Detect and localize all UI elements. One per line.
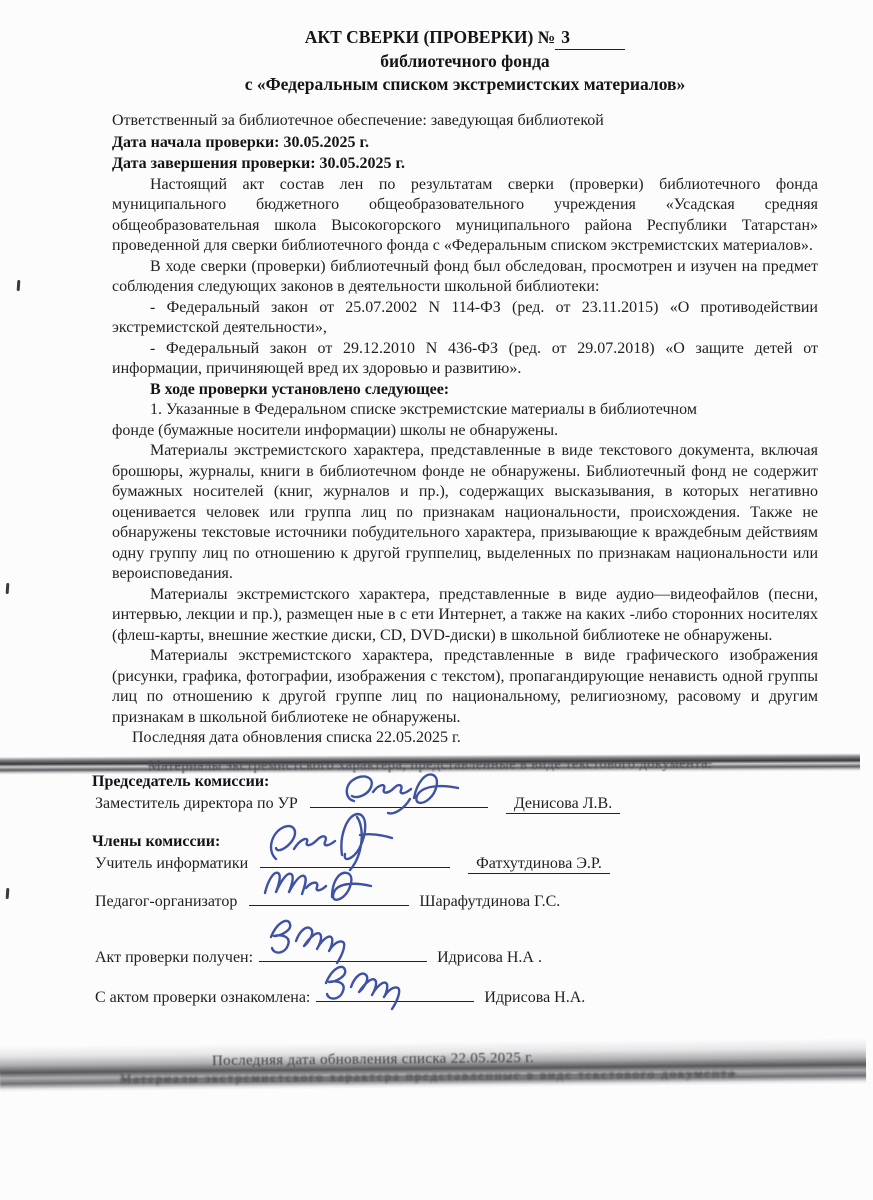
paragraph-text-materials: Материалы экстремистского характера, пре… xyxy=(112,441,818,585)
chair-signature-ink xyxy=(340,769,468,817)
signature-line-member-1 xyxy=(260,867,450,868)
scan-artifact-tick-3 xyxy=(6,888,10,899)
date-end-line: Дата завершения проверки: 30.05.2025 г. xyxy=(112,153,818,175)
document-title: АКТ СВЕРКИ (ПРОВЕРКИ) №3 библиотечного ф… xyxy=(112,26,818,96)
title-prefix: АКТ СВЕРКИ (ПРОВЕРКИ) № xyxy=(305,27,556,47)
member2-name: Шарафутдинова Г.С. xyxy=(413,893,560,910)
member1-role-label: Учитель информатики xyxy=(95,855,248,872)
signature-row-member-1: Учитель информатики Фатхутдинова Э.Р. xyxy=(95,854,610,875)
paragraph-audio-video: Материалы экстремистского характера, пре… xyxy=(112,585,818,647)
member1-signature-ink xyxy=(264,809,406,875)
paragraph-finding-1: 1. Указанные в Федеральном списке экстре… xyxy=(112,400,818,441)
document-content: АКТ СВЕРКИ (ПРОВЕРКИ) №3 библиотечного ф… xyxy=(112,26,818,749)
member1-name: Фатхутдинова Э.Р. xyxy=(468,855,610,874)
title-subtitle-1: библиотечного фонда xyxy=(380,51,549,71)
last-update-line: Последняя дата обновления списка 22.05.2… xyxy=(112,728,818,749)
responsible-line: Ответственный за библиотечное обеспечени… xyxy=(112,110,818,132)
signature-line-acknowledged xyxy=(316,1001,474,1002)
members-heading: Члены комиссии: xyxy=(92,832,220,853)
paragraph-law-114: - Федеральный закон от 25.07.2002 N 114-… xyxy=(112,298,818,339)
paragraph-law-436: - Федеральный закон от 29.12.2010 N 436-… xyxy=(112,339,818,380)
received-name: Идрисова Н.А . xyxy=(431,949,542,966)
scanned-document-page: АКТ СВЕРКИ (ПРОВЕРКИ) №3 библиотечного ф… xyxy=(0,0,873,1200)
signature-line-chair xyxy=(310,807,488,808)
scan-artifact-tick-1 xyxy=(17,280,21,291)
received-signature-ink xyxy=(261,911,387,967)
signature-line-received xyxy=(259,961,427,962)
date-start-line: Дата начала проверки: 30.05.2025 г. xyxy=(112,132,818,154)
chair-role-label: Заместитель директора по УР xyxy=(95,795,298,812)
paragraph-graphic: Материалы экстремистского характера, пре… xyxy=(112,646,818,728)
signature-row-chair: Заместитель директора по УР Денисова Л.В… xyxy=(95,794,620,815)
meta-block: Ответственный за библиотечное обеспечени… xyxy=(112,110,818,175)
received-label: Акт проверки получен: xyxy=(95,949,253,966)
acknowledged-name: Идрисова Н.А. xyxy=(478,989,585,1006)
findings-heading: В ходе проверки установлено следующее: xyxy=(112,380,818,401)
signature-row-member-2: Педагог-организатор Шарафутдинова Г.С. xyxy=(95,892,560,913)
signature-line-member-2 xyxy=(249,905,409,906)
scan-artifact-tick-2 xyxy=(6,583,10,594)
scan-smudge-band-bottom: Последняя дата обновления списка 22.05.2… xyxy=(0,1038,866,1092)
signature-row-acknowledged: С актом проверки ознакомлена: Идрисова Н… xyxy=(95,988,585,1009)
title-subtitle-2: с «Федеральным списком экстремистских ма… xyxy=(245,74,686,94)
chair-heading: Председатель комиссии: xyxy=(92,772,269,793)
paragraph-intro: Настоящий акт состав лен по результатам … xyxy=(112,175,818,257)
act-number: 3 xyxy=(555,26,625,50)
member2-role-label: Педагог-организатор xyxy=(95,893,237,910)
chair-name: Денисова Л.В. xyxy=(506,795,620,814)
paragraph-inspection: В ходе сверки (проверки) библиотечный фо… xyxy=(112,257,818,298)
signature-row-received: Акт проверки получен: Идрисова Н.А . xyxy=(95,948,542,969)
acknowledged-label: С актом проверки ознакомлена: xyxy=(95,989,310,1006)
